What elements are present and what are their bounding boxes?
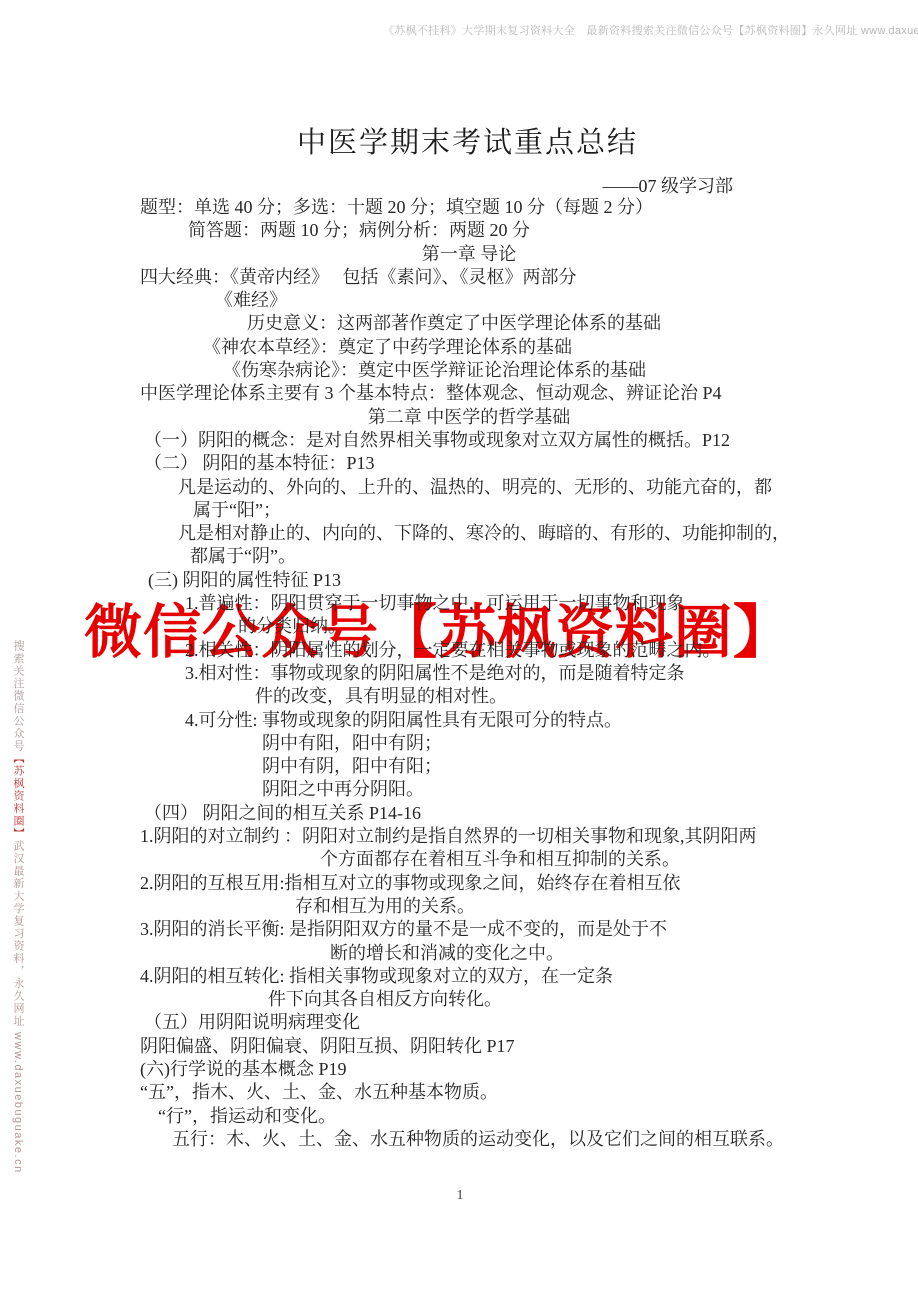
document-line: 题型：单选 40 分；多选：十题 20 分；填空题 10 分（每题 2 分）: [140, 196, 798, 219]
document-line: 阴阳偏盛、阴阳偏衰、阴阳互损、阴阳转化 P17: [140, 1035, 798, 1058]
document-line: 存和相互为用的关系。: [140, 895, 798, 918]
side-note-prefix: 搜索关注微信公众号: [12, 640, 24, 753]
document-title: 中医学期末考试重点总结: [140, 120, 795, 161]
document-line: 属于“阳”；: [140, 499, 798, 522]
document-line: 阴阳之中再分阴阳。: [140, 778, 798, 801]
document-line: 件的改变，具有明显的相对性。: [140, 685, 798, 708]
document-line: (六)行学说的基本概念 P19: [140, 1058, 798, 1081]
document-line: 《难经》: [140, 289, 798, 312]
document-line: 都属于“阴”。: [140, 545, 798, 568]
document-line: 件下向其各自相反方向转化。: [140, 988, 798, 1011]
document-line: （一）阴阳的概念：是对自然界相关事物或现象对立双方属性的概括。P12: [140, 429, 798, 452]
document-line: （二） 阴阳的基本特征：P13: [140, 452, 798, 475]
document-line: 凡是运动的、外向的、上升的、温热的、明亮的、无形的、功能亢奋的，都: [140, 476, 798, 499]
document-line: (三) 阴阳的属性特征 P13: [140, 569, 798, 592]
document-line: 3.相对性：事物或现象的阴阳属性不是绝对的，而是随着特定条: [140, 662, 798, 685]
document-line: 2.相关性：阴阳属性的划分，一定要在相关事物或现象的范畴之内。: [140, 639, 798, 662]
document-line: 断的增长和消减的变化之中。: [140, 942, 798, 965]
document-line: 个方面都存在着相互斗争和相互抑制的关系。: [140, 848, 798, 871]
document-line: 第二章 中医学的哲学基础: [140, 406, 798, 429]
document-line: 历史意义：这两部著作奠定了中医学理论体系的基础: [140, 312, 798, 335]
document-byline: ——07 级学习部: [140, 172, 733, 198]
document-line: 五行：木、火、土、金、水五种物质的运动变化，以及它们之间的相互联系。: [140, 1128, 798, 1151]
document-line: “行”，指运动和变化。: [140, 1105, 798, 1128]
document-line: “五”，指木、火、土、金、水五种基本物质。: [140, 1081, 798, 1104]
document-line: 2.阴阳的互根互用:指相互对立的事物或现象之间，始终存在着相互依: [140, 872, 798, 895]
document-line: （五）用阴阳说明病理变化: [140, 1011, 798, 1034]
side-note-brand: 【苏枫资料圈】: [12, 753, 24, 841]
document-line: 1.普遍性：阴阳贯穿于一切事物之中，可运用于一切事物和现象: [140, 592, 798, 615]
document-body: 题型：单选 40 分；多选：十题 20 分；填空题 10 分（每题 2 分）简答…: [140, 196, 798, 1151]
document-line: 1.阴阳的对立制约 ：阴阳对立制约是指自然界的一切相关事物和现象,其阴阳两: [140, 825, 798, 848]
side-note-suffix: 武汉最新大学复习资料，永久网址 www.daxuebuguake.cn: [12, 840, 24, 1174]
document-line: 《神农本草经》：奠定了中药学理论体系的基础: [140, 336, 798, 359]
document-line: （四） 阴阳之间的相互关系 P14-16: [140, 802, 798, 825]
side-vertical-note: 搜索关注微信公众号【苏枫资料圈】武汉最新大学复习资料，永久网址 www.daxu…: [12, 640, 23, 1200]
document-line: 第一章 导论: [140, 243, 798, 266]
document-page: 《苏枫不挂科》大学期末复习资料大全 最新资料搜索关注微信公众号【苏枫资料圈】永久…: [0, 0, 918, 1298]
document-line: 阴中有阳，阳中有阴；: [140, 732, 798, 755]
page-header-note: 《苏枫不挂科》大学期末复习资料大全 最新资料搜索关注微信公众号【苏枫资料圈】永久…: [383, 22, 918, 38]
document-line: 四大经典：《黄帝内经》 包括《素问》、《灵枢》两部分: [140, 266, 798, 289]
document-line: 3.阴阳的消长平衡: 是指阴阳双方的量不是一成不变的，而是处于不: [140, 918, 798, 941]
document-line: 凡是相对静止的、内向的、下降的、寒冷的、晦暗的、有形的、功能抑制的，: [140, 522, 798, 545]
document-line: 4.可分性: 事物或现象的阴阳属性具有无限可分的特点。: [140, 709, 798, 732]
document-line: 阴中有阴，阳中有阳；: [140, 755, 798, 778]
page-number: 1: [140, 1188, 780, 1204]
document-line: 《伤寒杂病论》：奠定中医学辩证论治理论体系的基础: [140, 359, 798, 382]
document-line: 4.阴阳的相互转化: 指相关事物或现象对立的双方，在一定条: [140, 965, 798, 988]
document-line: 简答题：两题 10 分；病例分析：两题 20 分: [140, 219, 798, 242]
document-line: 的分类归纳。: [140, 615, 798, 638]
document-line: 中医学理论体系主要有 3 个基本特点：整体观念、恒动观念、辨证论治 P4: [140, 382, 798, 405]
